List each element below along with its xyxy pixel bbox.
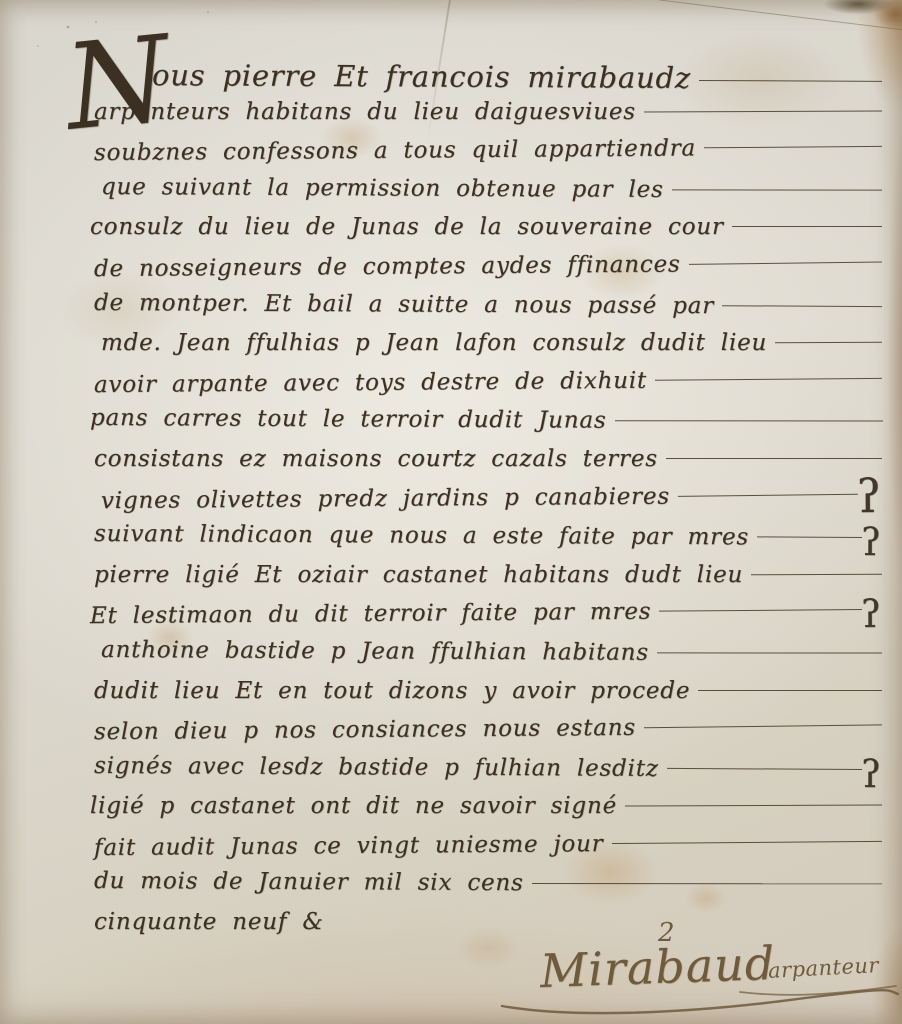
manuscript-line: suivant lindicaon que nous a este faite … xyxy=(94,521,882,564)
manuscript-line: arpanteurs habitans du lieu daiguesviues xyxy=(94,99,882,138)
manuscript-line: ligié p castanet ont dit ne savoir signé xyxy=(90,793,882,832)
line-text: arpanteurs habitans du lieu daiguesviues xyxy=(94,99,636,125)
line-filler-stroke xyxy=(657,652,882,653)
line-filler-stroke xyxy=(698,690,882,691)
manuscript-line: de montper. Et bail a suitte a nous pass… xyxy=(94,289,882,332)
line-text: vignes olivettes predz jardins p canabie… xyxy=(101,483,670,513)
manuscript-page: N ous pierre Et francois mirabaudz arpan… xyxy=(0,0,902,1024)
manuscript-line: dudit lieu Et en tout dizons y avoir pro… xyxy=(94,678,882,717)
manuscript-line: anthoine bastide p Jean ffulhian habitan… xyxy=(101,637,882,680)
line-text: ous pierre Et francois mirabaudz xyxy=(152,58,691,95)
manuscript-line: avoir arpante avec toys destre de dixhui… xyxy=(94,366,882,411)
line-filler-stroke xyxy=(689,261,882,264)
line-filler-stroke xyxy=(644,724,882,728)
paper-crease-top-right xyxy=(660,0,902,31)
line-filler-stroke xyxy=(659,609,861,612)
manuscript-line: pans carres tout le terroir dudit Junas xyxy=(90,405,882,448)
line-text: cinquante neuf & xyxy=(94,909,324,935)
line-text: pierre ligié Et oziair castanet habitans… xyxy=(94,562,743,588)
line-filler-stroke xyxy=(532,883,882,884)
line-filler-stroke xyxy=(775,342,882,343)
manuscript-line: soubznes confessons a tous quil appartie… xyxy=(94,134,882,179)
manuscript-line: du mois de Januier mil six cens xyxy=(94,868,882,911)
line-filler-stroke xyxy=(655,378,882,381)
signature-title: arpanteur xyxy=(767,953,879,983)
line-text: dudit lieu Et en tout dizons y avoir pro… xyxy=(94,678,690,704)
line-text: du mois de Januier mil six cens xyxy=(94,868,524,896)
line-filler-stroke xyxy=(625,805,882,807)
manuscript-line: N ous pierre Et francois mirabaudz xyxy=(152,58,882,100)
line-text: consulz du lieu de Junas de la souverain… xyxy=(90,214,724,240)
manuscript-line: consistans ez maisons courtz cazals terr… xyxy=(94,446,882,485)
line-text: que suivant la permission obtenue par le… xyxy=(101,174,664,203)
manuscript-text-block: N ous pierre Et francois mirabaudz arpan… xyxy=(94,60,882,948)
line-filler-stroke xyxy=(611,841,881,844)
line-filler-stroke xyxy=(699,80,882,82)
manuscript-line: fait audit Junas ce vingt uniesme jour xyxy=(94,829,882,874)
line-text: pans carres tout le terroir dudit Junas xyxy=(90,405,607,434)
line-text: consistans ez maisons courtz cazals terr… xyxy=(94,446,658,472)
line-text: de nosseigneurs de comptes aydes ffinanc… xyxy=(94,251,681,282)
line-text: soubznes confessons a tous quil appartie… xyxy=(94,136,696,167)
line-filler-stroke xyxy=(678,493,858,496)
line-text: selon dieu p nos consiances nous estans xyxy=(94,715,636,745)
line-text: Et lestimaon du dit terroir faite par mr… xyxy=(90,599,652,629)
line-text: mde. Jean ffulhias p Jean lafon consulz … xyxy=(101,330,767,356)
line-filler-stroke xyxy=(644,110,882,112)
line-text: de montper. Et bail a suitte a nous pass… xyxy=(94,289,714,318)
line-filler-stroke xyxy=(757,537,862,539)
line-text: anthoine bastide p Jean ffulhian habitan… xyxy=(101,637,649,666)
line-text: suivant lindicaon que nous a este faite … xyxy=(94,521,749,550)
line-filler-stroke xyxy=(704,146,882,148)
manuscript-line: vignes olivettes predz jardins p canabie… xyxy=(101,481,882,526)
line-text: fait audit Junas ce vingt uniesme jour xyxy=(94,831,604,861)
manuscript-line: signés avec lesdz bastide p fulhian lesd… xyxy=(94,753,882,796)
signature-underline-flourish xyxy=(500,984,900,1018)
line-filler-stroke xyxy=(732,226,882,227)
line-filler-stroke xyxy=(666,458,882,459)
line-filler-stroke xyxy=(722,305,882,307)
line-filler-stroke xyxy=(667,768,862,770)
manuscript-line: mde. Jean ffulhias p Jean lafon consulz … xyxy=(101,330,882,369)
line-text: ligié p castanet ont dit ne savoir signé xyxy=(90,793,617,819)
line-filler-stroke xyxy=(751,573,882,575)
manuscript-line: pierre ligié Et oziair castanet habitans… xyxy=(94,562,882,601)
manuscript-line: Et lestimaon du dit terroir faite par mr… xyxy=(90,597,882,642)
manuscript-line: selon dieu p nos consiances nous estans xyxy=(94,713,882,758)
line-filler-stroke xyxy=(672,189,882,190)
signature-block: 2 Mirabaud arpanteur xyxy=(540,930,890,1020)
manuscript-line: que suivant la permission obtenue par le… xyxy=(101,174,882,217)
line-text: avoir arpante avec toys destre de dixhui… xyxy=(94,368,647,398)
line-filler-stroke xyxy=(615,421,883,422)
manuscript-line: de nosseigneurs de comptes aydes ffinanc… xyxy=(94,250,882,295)
manuscript-line: consulz du lieu de Junas de la souverain… xyxy=(90,214,882,253)
line-text: signés avec lesdz bastide p fulhian lesd… xyxy=(94,753,659,782)
